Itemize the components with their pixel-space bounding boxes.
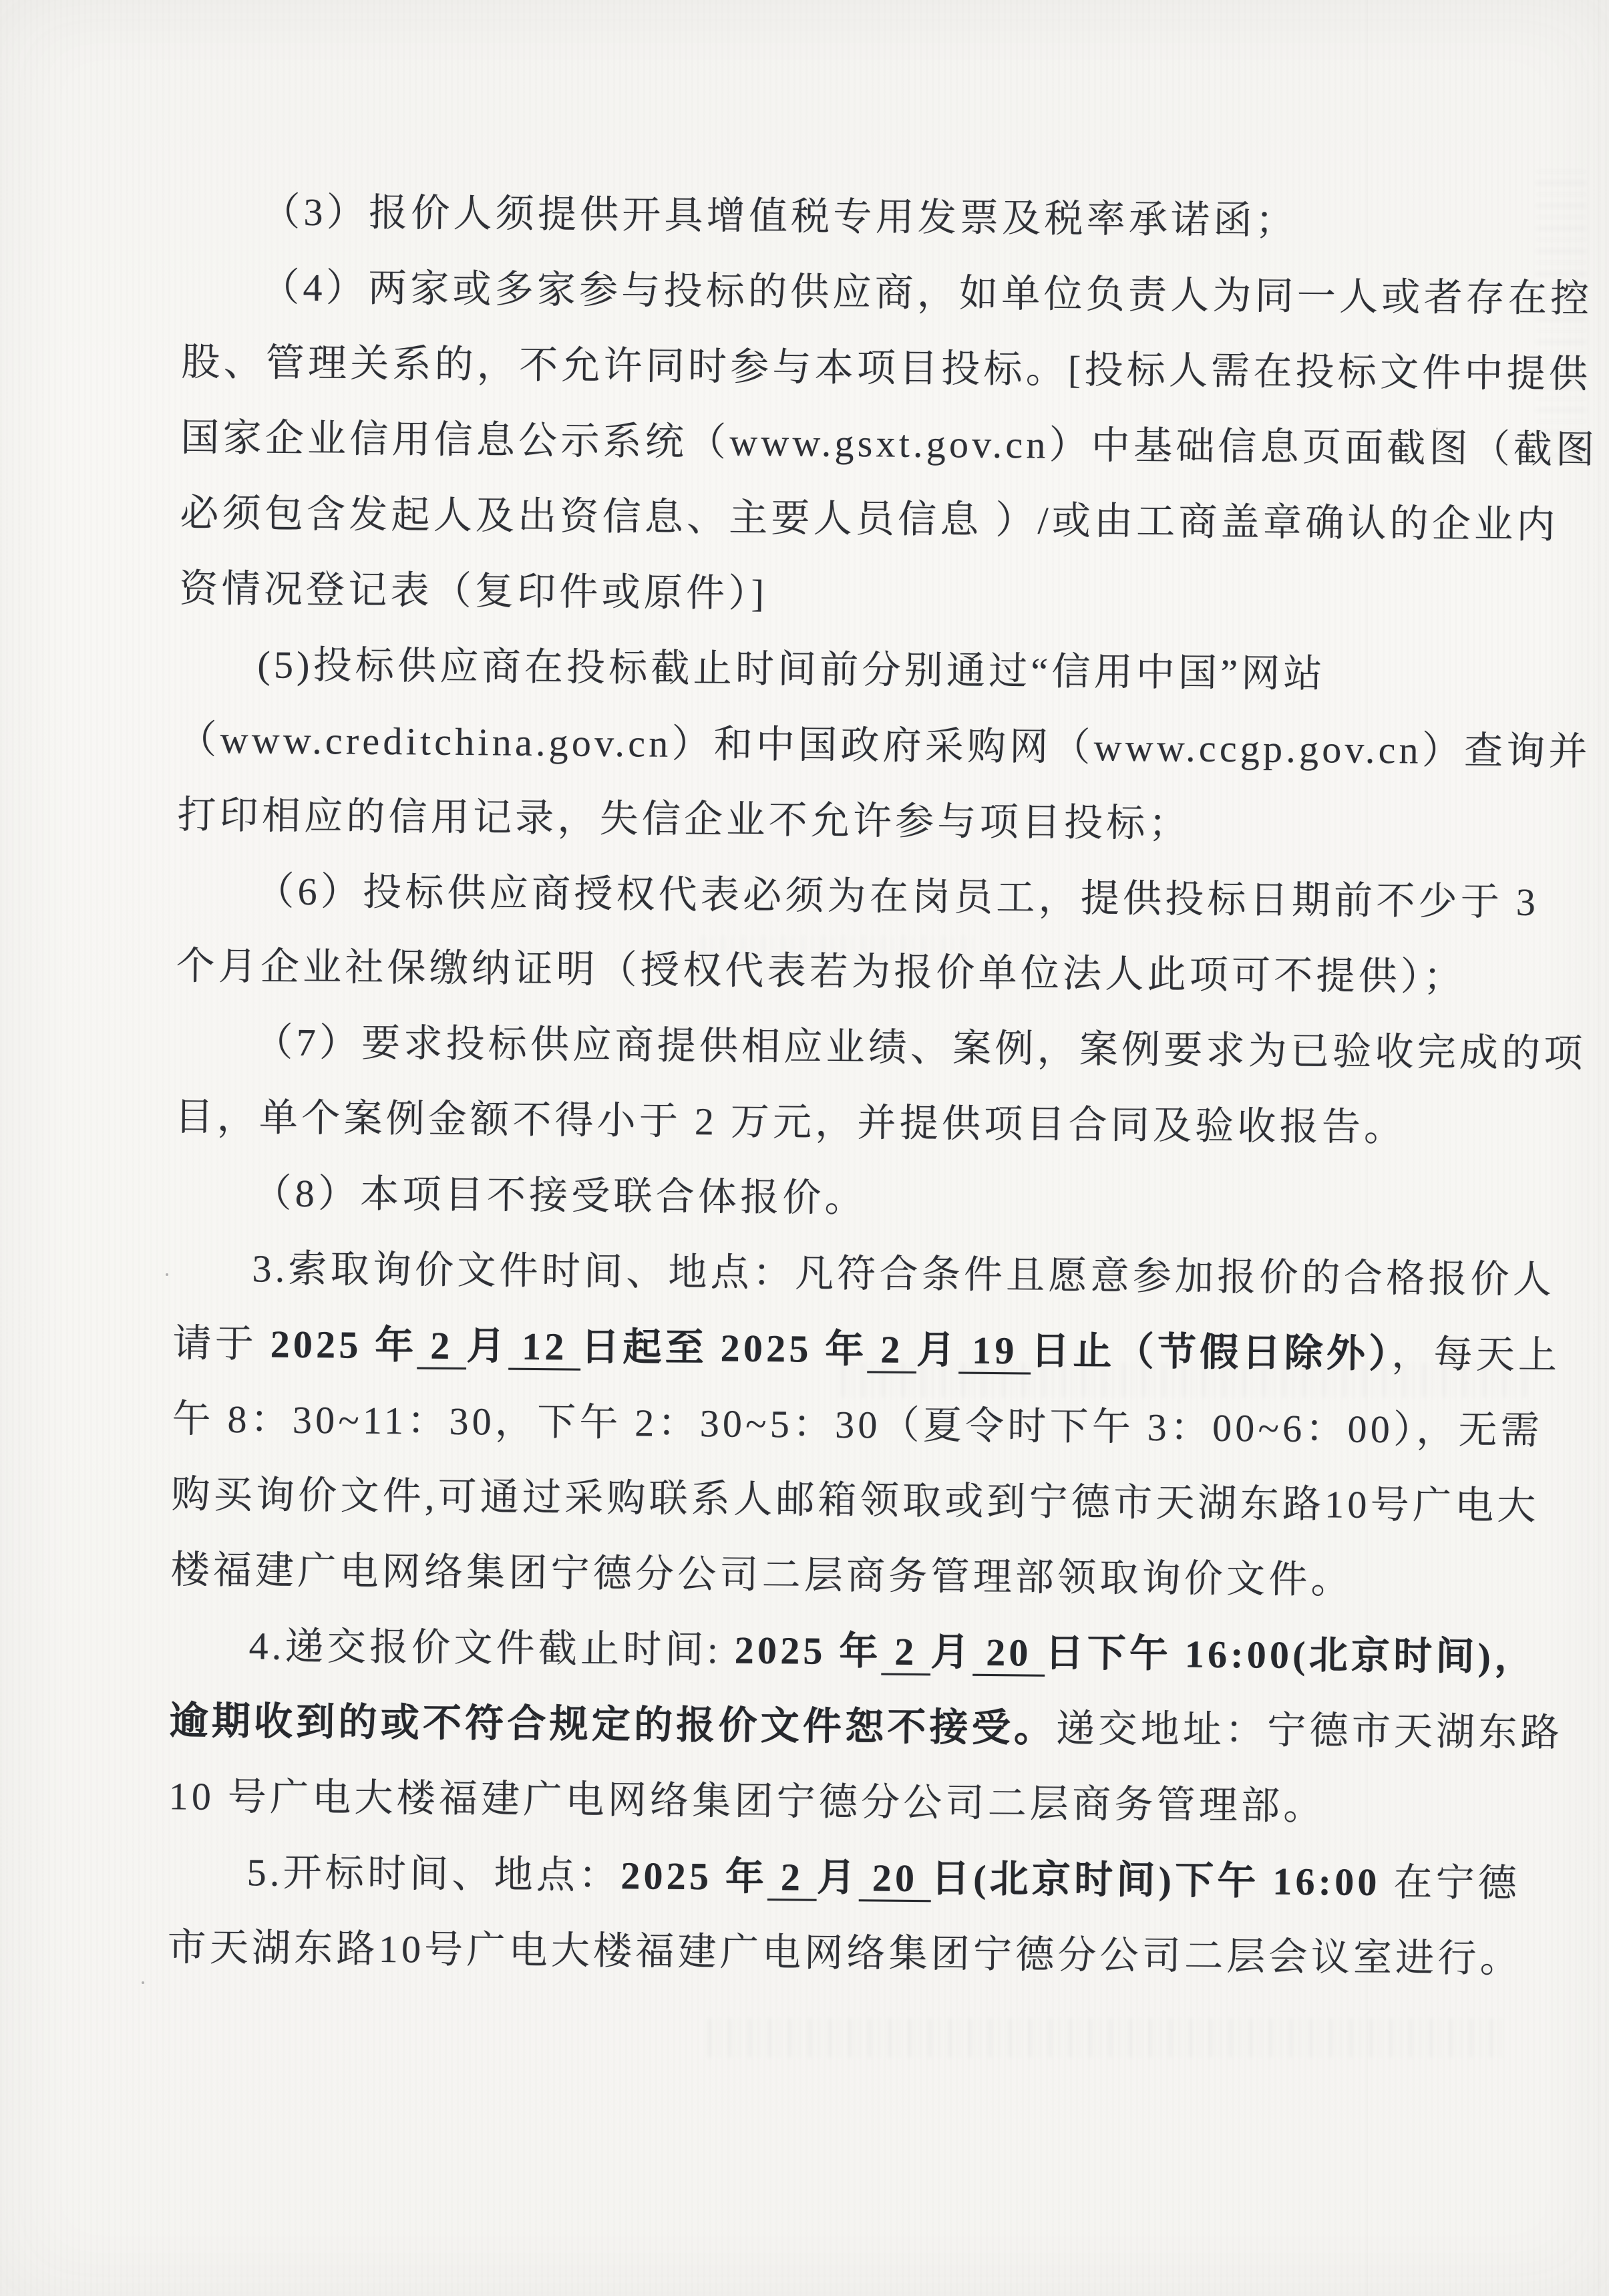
text-segment: 股、管理关系的，不允许同时参与本项目投标。[投标人需在投标文件中提供 [181, 340, 1591, 395]
doc-line: 楼福建广电网络集团宁德分公司二层商务管理部领取询价文件。 [170, 1532, 1503, 1619]
doc-line: 请于 2025 年 2 月 12 日起至 2025 年 2 月 19 日止（节假… [172, 1305, 1505, 1392]
doc-line: 个月企业社保缴纳证明（授权代表若为报价单位法人此项可不提供）； [176, 928, 1509, 1015]
text-segment: 资情况登记表（复印件或原件）] [179, 566, 767, 615]
doc-line: 购买询价文件,可通过采购联系人邮箱领取或到宁德市天湖东路10号广电大 [171, 1456, 1504, 1543]
text-segment: 2025 年 [735, 1629, 882, 1673]
text-segment: 午 8：30~11：30，下午 2：30~5：30（夏令时下午 3：00~6：0… [172, 1397, 1543, 1452]
text-segment: 2025 年 [620, 1854, 767, 1899]
doc-line: 4.递交报价文件截止时间: 2025 年 2 月 20 日下午 16:00(北京… [170, 1607, 1503, 1694]
text-segment: 购买询价文件,可通过采购联系人邮箱领取或到宁德市天湖东路10号广电大 [171, 1472, 1539, 1528]
text-segment: 19 [958, 1329, 1031, 1373]
text-segment: 12 [508, 1325, 580, 1369]
text-segment: 打印相应的信用记录，失信企业不允许参与项目投标； [177, 793, 1191, 845]
text-segment: 市天湖东路10号广电大楼福建广电网络集团宁德分公司二层会议室进行。 [167, 1925, 1522, 1981]
text-segment: （4）两家或多家参与投标的供应商，如单位负责人为同一人或者存在控 [260, 265, 1593, 320]
text-segment: 国家企业信用信息公示系统（www.gsxt.gov.cn）中基础信息页面截图（截… [180, 416, 1598, 472]
doc-line: （3）报价人须提供开具增值税专用发票及税率承诺函； [182, 173, 1515, 260]
text-segment: 日起至 2025 年 [580, 1325, 868, 1371]
text-segment: （www.creditchina.gov.cn）和中国政府采购网（www.ccg… [178, 717, 1591, 773]
text-segment: 5.开标时间、地点： [246, 1850, 620, 1897]
text-segment: 月 [466, 1324, 509, 1368]
text-segment: (5)投标供应商在投标截止时间前分别通过“信用中国”网站 [257, 643, 1326, 695]
text-segment: （7）要求投标供应商提供相应业绩、案例，案例要求为已验收完成的项 [254, 1020, 1586, 1075]
text-segment: 在宁德 [1380, 1860, 1520, 1905]
text-segment: （3）报价人须提供开具增值税专用发票及税率承诺函； [261, 190, 1298, 242]
doc-line: （6）投标供应商授权代表必须为在岗员工，提供投标日期前不少于 3 [176, 852, 1509, 939]
text-segment: 个月企业社保缴纳证明（授权代表若为报价单位法人此项可不提供）； [176, 944, 1465, 999]
doc-line: 目，单个案例金额不得小于 2 万元，并提供项目合同及验收报告。 [174, 1079, 1507, 1166]
text-segment: 2 [767, 1855, 817, 1899]
text-segment: ，每天上 [1391, 1332, 1560, 1377]
doc-line: 逾期收到的或不符合规定的报价文件恕不接受。递交地址：宁德市天湖东路 [169, 1683, 1502, 1770]
text-segment: 逾期收到的或不符合规定的报价文件恕不接受。 [169, 1699, 1056, 1750]
scanned-document-page: （3）报价人须提供开具增值税专用发票及税率承诺函；（4）两家或多家参与投标的供应… [0, 0, 1609, 2296]
text-segment: 目，单个案例金额不得小于 2 万元，并提供项目合同及验收报告。 [174, 1095, 1406, 1149]
doc-line: 股、管理关系的，不允许同时参与本项目投标。[投标人需在投标文件中提供 [181, 324, 1514, 411]
doc-line: 5.开标时间、地点：2025 年 2 月 20 日(北京时间)下午 16:00 … [168, 1834, 1501, 1921]
text-segment: 2025 年 [270, 1323, 417, 1367]
text-segment: 必须包含发起人及出资信息、主要人员信息 ）/或由工商盖章确认的企业内 [180, 491, 1559, 546]
dust-speck [142, 1981, 144, 1984]
text-segment: 日(北京时间)下午 16:00 [931, 1856, 1381, 1904]
text-segment: 10 号广电大楼福建广电网络集团宁德分公司二层商务管理部。 [168, 1774, 1325, 1828]
doc-line: 3.索取询价文件时间、地点：凡符合条件且愿意参加报价的合格报价人 [173, 1230, 1506, 1317]
text-segment: 递交地址：宁德市天湖东路 [1056, 1707, 1563, 1755]
doc-line: （www.creditchina.gov.cn）和中国政府采购网（www.ccg… [178, 701, 1511, 788]
doc-line: 国家企业信用信息公示系统（www.gsxt.gov.cn）中基础信息页面截图（截… [180, 399, 1513, 486]
text-segment: 20 [859, 1856, 931, 1900]
text-segment: 月 [916, 1328, 959, 1372]
text-segment: （6）投标供应商授权代表必须为在岗员工，提供投标日期前不少于 3 [255, 869, 1539, 924]
text-segment: 2 [881, 1630, 930, 1674]
text-segment: 日止（节假日除外） [1031, 1329, 1392, 1375]
text-segment: （8）本项目不接受联合体报价。 [252, 1171, 867, 1220]
text-segment: 3.索取询价文件时间、地点：凡符合条件且愿意参加报价的合格报价人 [252, 1247, 1555, 1301]
doc-line: （4）两家或多家参与投标的供应商，如单位负责人为同一人或者存在控 [182, 249, 1515, 335]
doc-line: 10 号广电大楼福建广电网络集团宁德分公司二层商务管理部。 [168, 1758, 1501, 1845]
dust-speck [166, 1273, 168, 1276]
text-segment: 请于 [172, 1321, 271, 1365]
doc-line: 打印相应的信用记录，失信企业不允许参与项目投标； [177, 777, 1510, 864]
text-segment: 4.递交报价文件截止时间: [248, 1624, 735, 1671]
text-segment: 日下午 16:00(北京时间)， [1045, 1631, 1537, 1679]
doc-line: 资情况登记表（复印件或原件）] [179, 550, 1512, 637]
document-lines: （3）报价人须提供开具增值税专用发票及税率承诺函；（4）两家或多家参与投标的供应… [167, 173, 1515, 1996]
text-segment: 楼福建广电网络集团宁德分公司二层商务管理部领取询价文件。 [170, 1548, 1353, 1601]
text-segment: 2 [867, 1327, 916, 1371]
doc-line: （7）要求投标供应商提供相应业绩、案例，案例要求为已验收完成的项 [175, 1003, 1508, 1090]
bleedthrough-artifact [708, 2019, 1503, 2058]
text-segment: 2 [417, 1323, 466, 1367]
doc-line: 必须包含发起人及出资信息、主要人员信息 ）/或由工商盖章确认的企业内 [180, 475, 1513, 562]
doc-line: （8）本项目不接受联合体报价。 [174, 1154, 1507, 1241]
scanner-streak [1598, 0, 1599, 2296]
doc-line: (5)投标供应商在投标截止时间前分别通过“信用中国”网站 [178, 626, 1511, 713]
doc-line: 市天湖东路10号广电大楼福建广电网络集团宁德分公司二层会议室进行。 [167, 1909, 1500, 1996]
text-segment: 月 [930, 1630, 973, 1674]
text-segment: 20 [972, 1631, 1045, 1675]
text-segment: 月 [817, 1856, 860, 1900]
doc-line: 午 8：30~11：30，下午 2：30~5：30（夏令时下午 3：00~6：0… [172, 1381, 1505, 1468]
